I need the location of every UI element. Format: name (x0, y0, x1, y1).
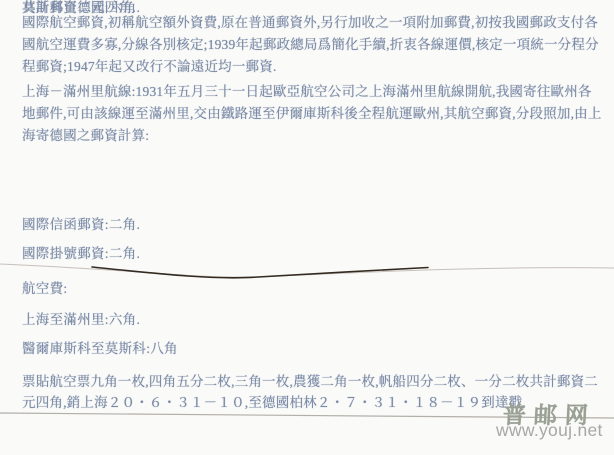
fee-line-international-registered: 國際掛號郵資:二角. (22, 246, 140, 262)
paragraph-intro: 國際航空郵資,初稱航空額外資費,原在普通郵資外,另行加收之一項附加郵費,初按我國… (22, 12, 602, 78)
paragraph-shanghai-manzhouli-route: 上海－滿州里航線:1931年五月三十一日起歐亞航空公司之上海滿州里航線開航,我國… (22, 81, 602, 147)
scanned-document-page: 國際航空郵資,初稱航空額外資費,原在普通郵資外,另行加收之一項附加郵費,初按我國… (0, 0, 614, 455)
fee-line-international-letter: 國際信函郵資:二角. (22, 217, 140, 233)
fee-line-total-postage: 共計郵資二元四角. (22, 0, 136, 16)
fee-line-airmail-fee-heading: 航空費: (22, 281, 67, 297)
fee-line-shanghai-to-manzhouli: 上海至滿州里:六角. (22, 312, 140, 328)
fold-line-light (0, 264, 614, 277)
fee-line-irkutsk-to-moscow: 醫爾庫斯科至莫斯科:八角 (22, 341, 178, 357)
fold-line-dark (92, 267, 428, 278)
watermark-url: www.youj.net (496, 420, 603, 441)
